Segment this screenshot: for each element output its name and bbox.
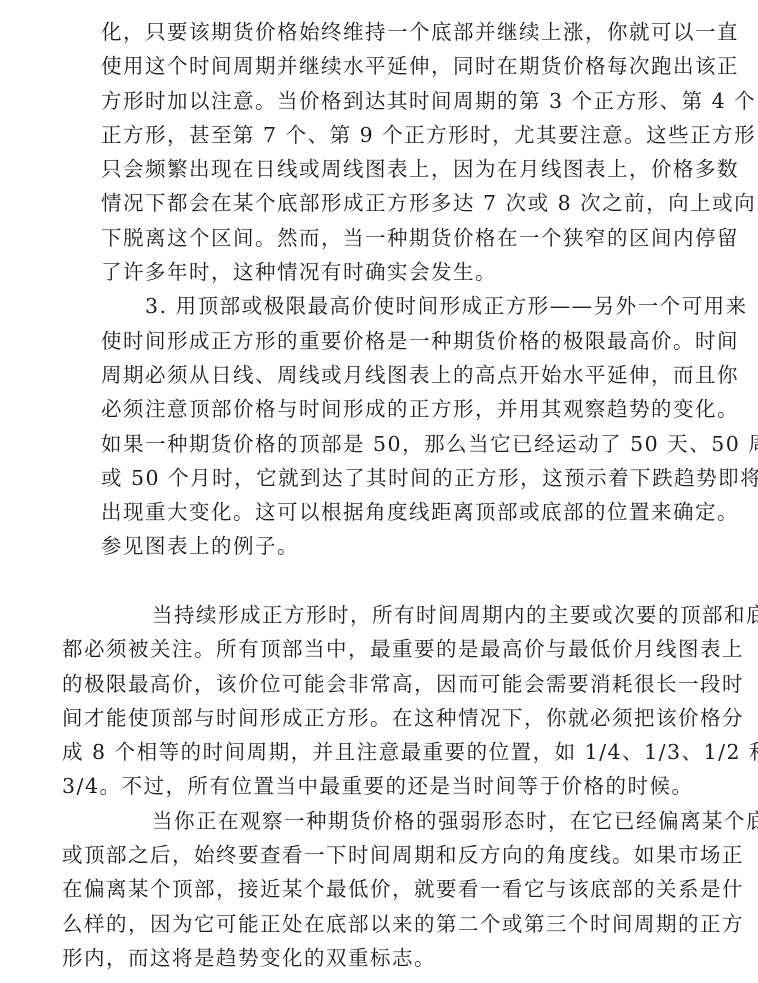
text-line: 使时间形成正方形的重要价格是一种期货价格的极限最高价。时间 — [101, 324, 727, 358]
text-line: 必须注意顶部价格与时间形成的正方形，并用其观察趋势的变化。 — [101, 392, 727, 426]
text-line: 间才能使顶部与时间形成正方形。在这种情况下，你就必须把该价格分 — [62, 701, 728, 735]
text-line: 3. 用顶部或极限最高价使时间形成正方形——另外一个可用来 — [101, 289, 727, 323]
text-line: 如果一种期货价格的顶部是 50，那么当它已经运动了 50 天、50 周 — [101, 427, 727, 461]
text-line: 么样的，因为它可能正处在底部以来的第二个或第三个时间周期的正方 — [62, 907, 728, 941]
text-line: 或顶部之后，始终要查看一下时间周期和反方向的角度线。如果市场正 — [62, 838, 728, 872]
paragraph-square-bottom-continuation: 化，只要该期货价格始终维持一个底部并继续上涨，你就可以一直 使用这个时间周期并继… — [101, 15, 727, 289]
text-section-top: 化，只要该期货价格始终维持一个底部并继续上涨，你就可以一直 使用这个时间周期并继… — [101, 15, 727, 564]
text-line: 当持续形成正方形时，所有时间周期内的主要或次要的顶部和底部 — [62, 598, 728, 632]
paragraph-continuous-squaring: 当持续形成正方形时，所有时间周期内的主要或次要的顶部和底部 都必须被关注。所有顶… — [62, 598, 728, 804]
text-line: 的极限最高价，该价位可能会非常高，因而可能会需要消耗很长一段时 — [62, 667, 728, 701]
text-line: 形内，而这将是趋势变化的双重标志。 — [62, 941, 728, 975]
paragraph-strength-weakness: 当你正在观察一种期货价格的强弱形态时，在它已经偏离某个底部 或顶部之后，始终要查… — [62, 804, 728, 975]
text-line: 方形时加以注意。当价格到达其时间周期的第 3 个正方形、第 4 个 — [101, 84, 727, 118]
paragraph-item-3-square-top: 3. 用顶部或极限最高价使时间形成正方形——另外一个可用来 使时间形成正方形的重… — [101, 289, 727, 563]
text-line: 成 8 个相等的时间周期，并且注意最重要的位置，如 1/4、1/3、1/2 和 — [62, 735, 728, 769]
text-line: 下脱离这个区间。然而，当一种期货价格在一个狭窄的区间内停留 — [101, 221, 727, 255]
text-line: 当你正在观察一种期货价格的强弱形态时，在它已经偏离某个底部 — [62, 804, 728, 838]
text-line: 化，只要该期货价格始终维持一个底部并继续上涨，你就可以一直 — [101, 15, 727, 49]
text-line: 3/4。不过，所有位置当中最重要的还是当时间等于价格的时候。 — [62, 769, 728, 803]
text-line: 在偏离某个顶部，接近某个最低价，就要看一看它与该底部的关系是什 — [62, 872, 728, 906]
text-line: 参见图表上的例子。 — [101, 529, 727, 563]
text-line: 周期必须从日线、周线或月线图表上的高点开始水平延伸，而且你 — [101, 358, 727, 392]
text-line: 了许多年时，这种情况有时确实会发生。 — [101, 255, 727, 289]
text-section-bottom: 当持续形成正方形时，所有时间周期内的主要或次要的顶部和底部 都必须被关注。所有顶… — [62, 598, 728, 975]
text-line: 都必须被关注。所有顶部当中，最重要的是最高价与最低价月线图表上 — [62, 632, 728, 666]
text-line: 情况下都会在某个底部形成正方形多达 7 次或 8 次之前，向上或向 — [101, 186, 727, 220]
text-line: 正方形，甚至第 7 个、第 9 个正方形时，尤其要注意。这些正方形 — [101, 118, 727, 152]
text-line: 只会频繁出现在日线或周线图表上，因为在月线图表上，价格多数 — [101, 152, 727, 186]
text-line: 或 50 个月时，它就到达了其时间的正方形，这预示着下跌趋势即将 — [101, 461, 727, 495]
text-line: 使用这个时间周期并继续水平延伸，同时在期货价格每次跑出该正 — [101, 49, 727, 83]
text-line: 出现重大变化。这可以根据角度线距离顶部或底部的位置来确定。 — [101, 495, 727, 529]
